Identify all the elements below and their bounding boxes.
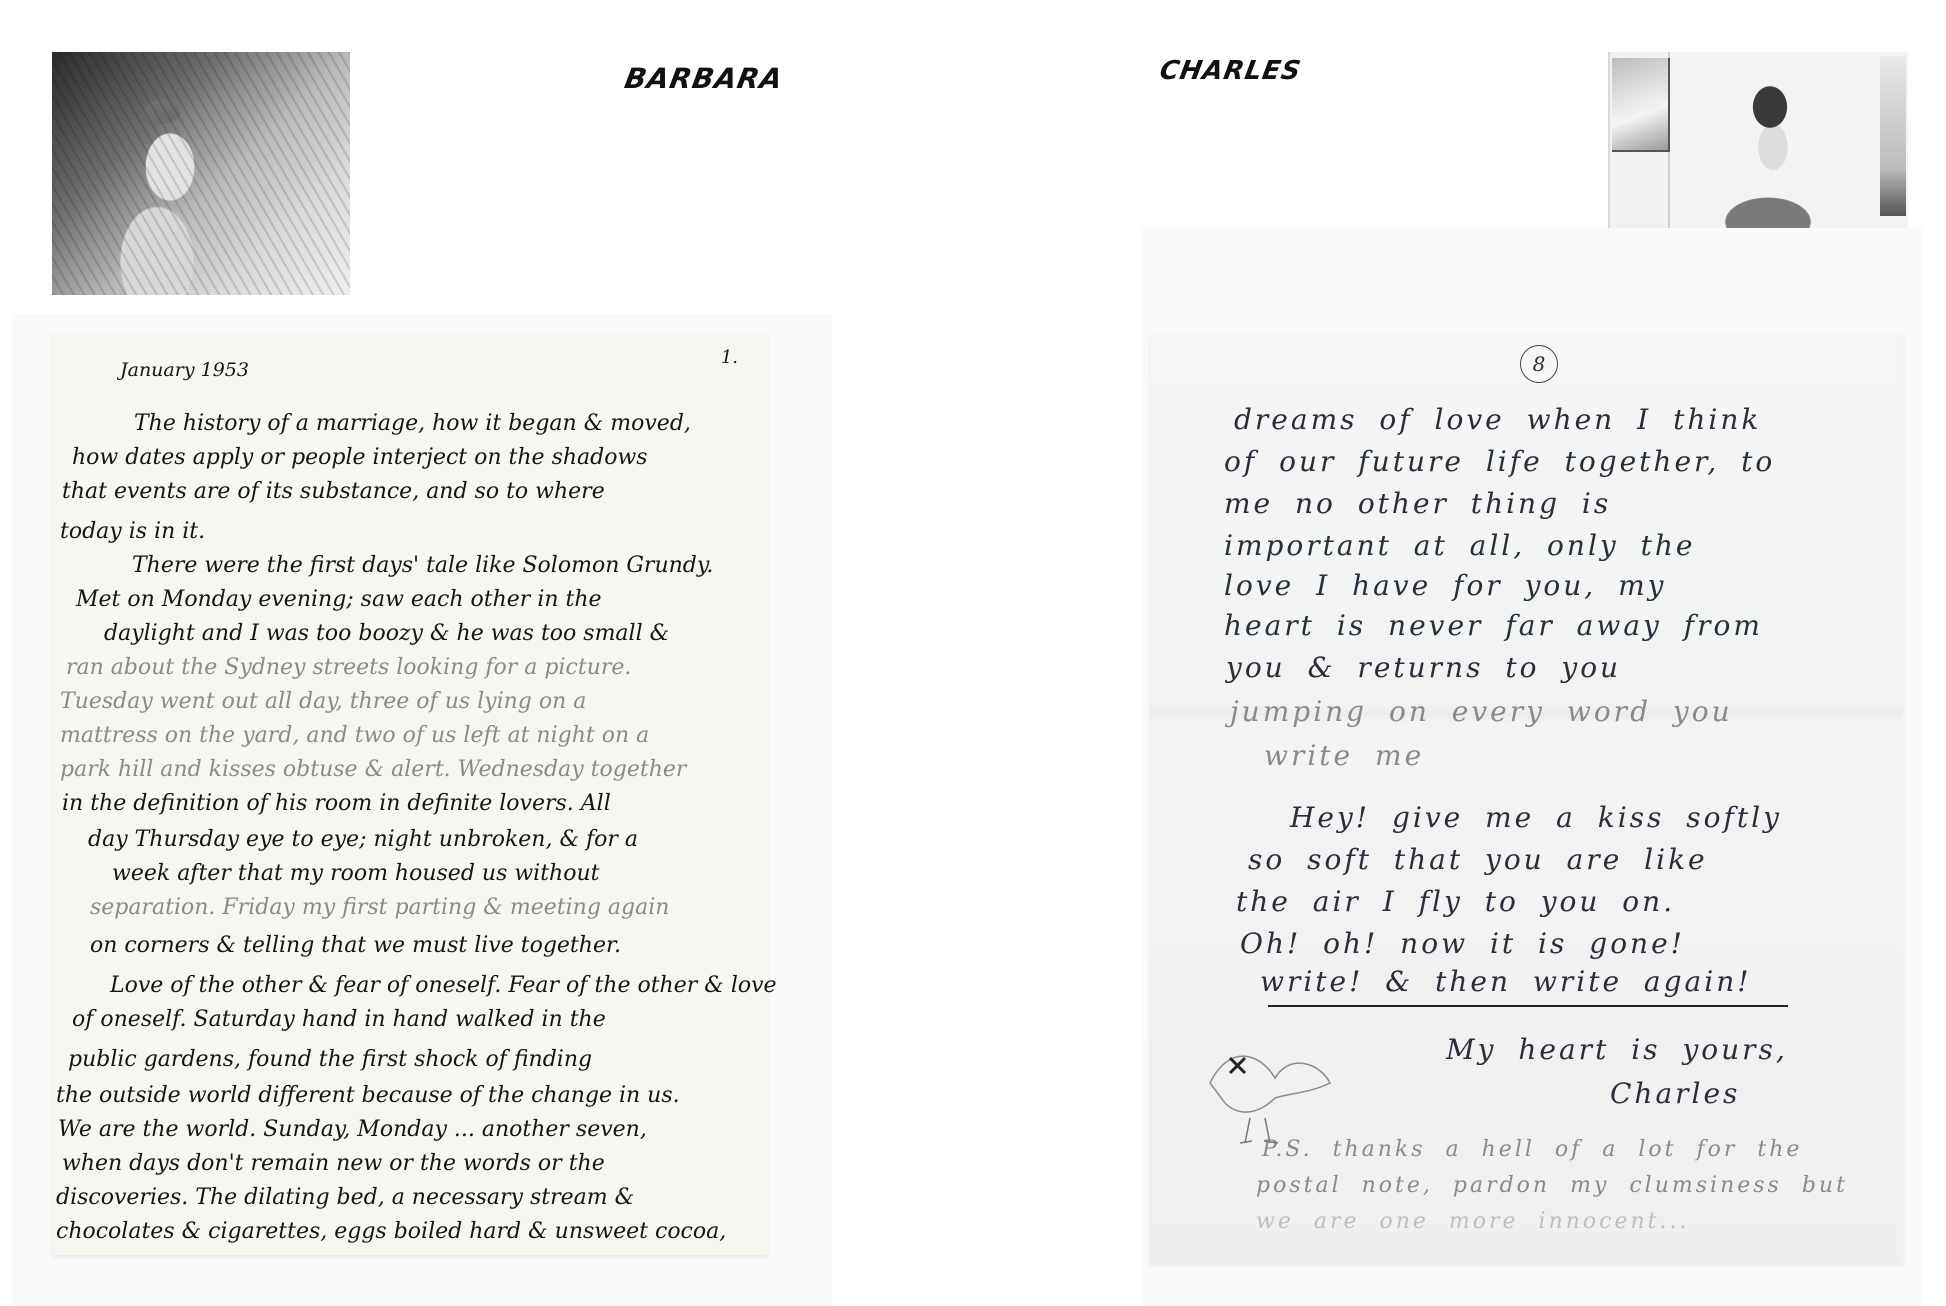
letter-line: Hey! give me a kiss softly: [1290, 801, 1782, 834]
letter-line: you & returns to you: [1226, 651, 1621, 684]
page-number: 1.: [721, 347, 738, 368]
letter-line: ran about the Sydney streets looking for…: [66, 655, 631, 680]
letter-line: me no other thing is: [1224, 487, 1611, 520]
letter-line: of oneself. Saturday hand in hand walked…: [72, 1007, 606, 1032]
barbara-letter: 1. January 1953 The history of a marriag…: [52, 333, 768, 1255]
circled-page-number: 8: [1520, 345, 1558, 383]
letter-line: of our future life together, to: [1224, 445, 1775, 478]
letter-line: park hill and kisses obtuse & alert. Wed…: [60, 757, 686, 782]
barbara-portrait-photo: [52, 52, 350, 295]
letter-line: There were the first days' tale like Sol…: [132, 553, 713, 578]
letter-line: mattress on the yard, and two of us left…: [60, 723, 649, 748]
charles-name-label: CHARLES: [1157, 56, 1303, 86]
letter-line: important at all, only the: [1224, 529, 1695, 562]
underline-stroke: [1268, 1005, 1788, 1007]
letter-line: day Thursday eye to eye; night unbroken,…: [88, 827, 638, 852]
letter-line: discoveries. The dilating bed, a necessa…: [56, 1185, 634, 1210]
charles-portrait-photo: [1608, 52, 1908, 229]
letter-line: the outside world different because of t…: [56, 1083, 680, 1108]
letter-line: We are the world. Sunday, Monday ... ano…: [58, 1117, 647, 1142]
letter-line: love I have for you, my: [1224, 569, 1666, 602]
letter-postscript: we are one more innocent...: [1256, 1209, 1690, 1234]
letter-line: that events are of its substance, and so…: [62, 479, 605, 504]
letter-line: write! & then write again!: [1260, 965, 1751, 998]
letter-line: Oh! oh! now it is gone!: [1240, 927, 1685, 960]
letter-line: in the definition of his room in definit…: [62, 791, 611, 816]
letter-line: on corners & telling that we must live t…: [90, 933, 621, 958]
letter-line: Met on Monday evening; saw each other in…: [76, 587, 602, 612]
letter-line: heart is never far away from: [1224, 609, 1763, 642]
letter-line: jumping on every word you: [1230, 695, 1733, 728]
letter-postscript: P.S. thanks a hell of a lot for the: [1262, 1137, 1802, 1162]
letter-date: January 1953: [120, 359, 249, 381]
letter-line: today is in it.: [60, 519, 205, 544]
letter-postscript: postal note, pardon my clumsiness but: [1256, 1173, 1848, 1198]
letter-line: separation. Friday my first parting & me…: [90, 895, 669, 920]
letter-line: dreams of love when I think: [1234, 403, 1761, 436]
letter-line: chocolates & cigarettes, eggs boiled har…: [56, 1219, 726, 1244]
letter-line: The history of a marriage, how it began …: [134, 411, 691, 436]
letter-line: the air I fly to you on.: [1236, 885, 1675, 918]
letter-line: Love of the other & fear of oneself. Fea…: [110, 973, 777, 998]
letter-line: when days don't remain new or the words …: [62, 1151, 605, 1176]
letter-closing: My heart is yours,: [1446, 1033, 1788, 1066]
letter-line: Tuesday went out all day, three of us ly…: [60, 689, 586, 714]
letter-line: write me: [1264, 739, 1424, 772]
letter-line: week after that my room housed us withou…: [112, 861, 599, 886]
bird-doodle-icon: [1190, 1023, 1340, 1153]
letter-signature: Charles: [1610, 1077, 1740, 1110]
letter-line: public gardens, found the first shock of…: [68, 1047, 592, 1072]
charles-letter: 8 dreams of love when I think of our fut…: [1150, 333, 1903, 1263]
barbara-name-label: BARBARA: [622, 62, 786, 95]
letter-line: how dates apply or people interject on t…: [72, 445, 648, 470]
letter-line: daylight and I was too boozy & he was to…: [104, 621, 669, 646]
letter-line: so soft that you are like: [1248, 843, 1708, 876]
